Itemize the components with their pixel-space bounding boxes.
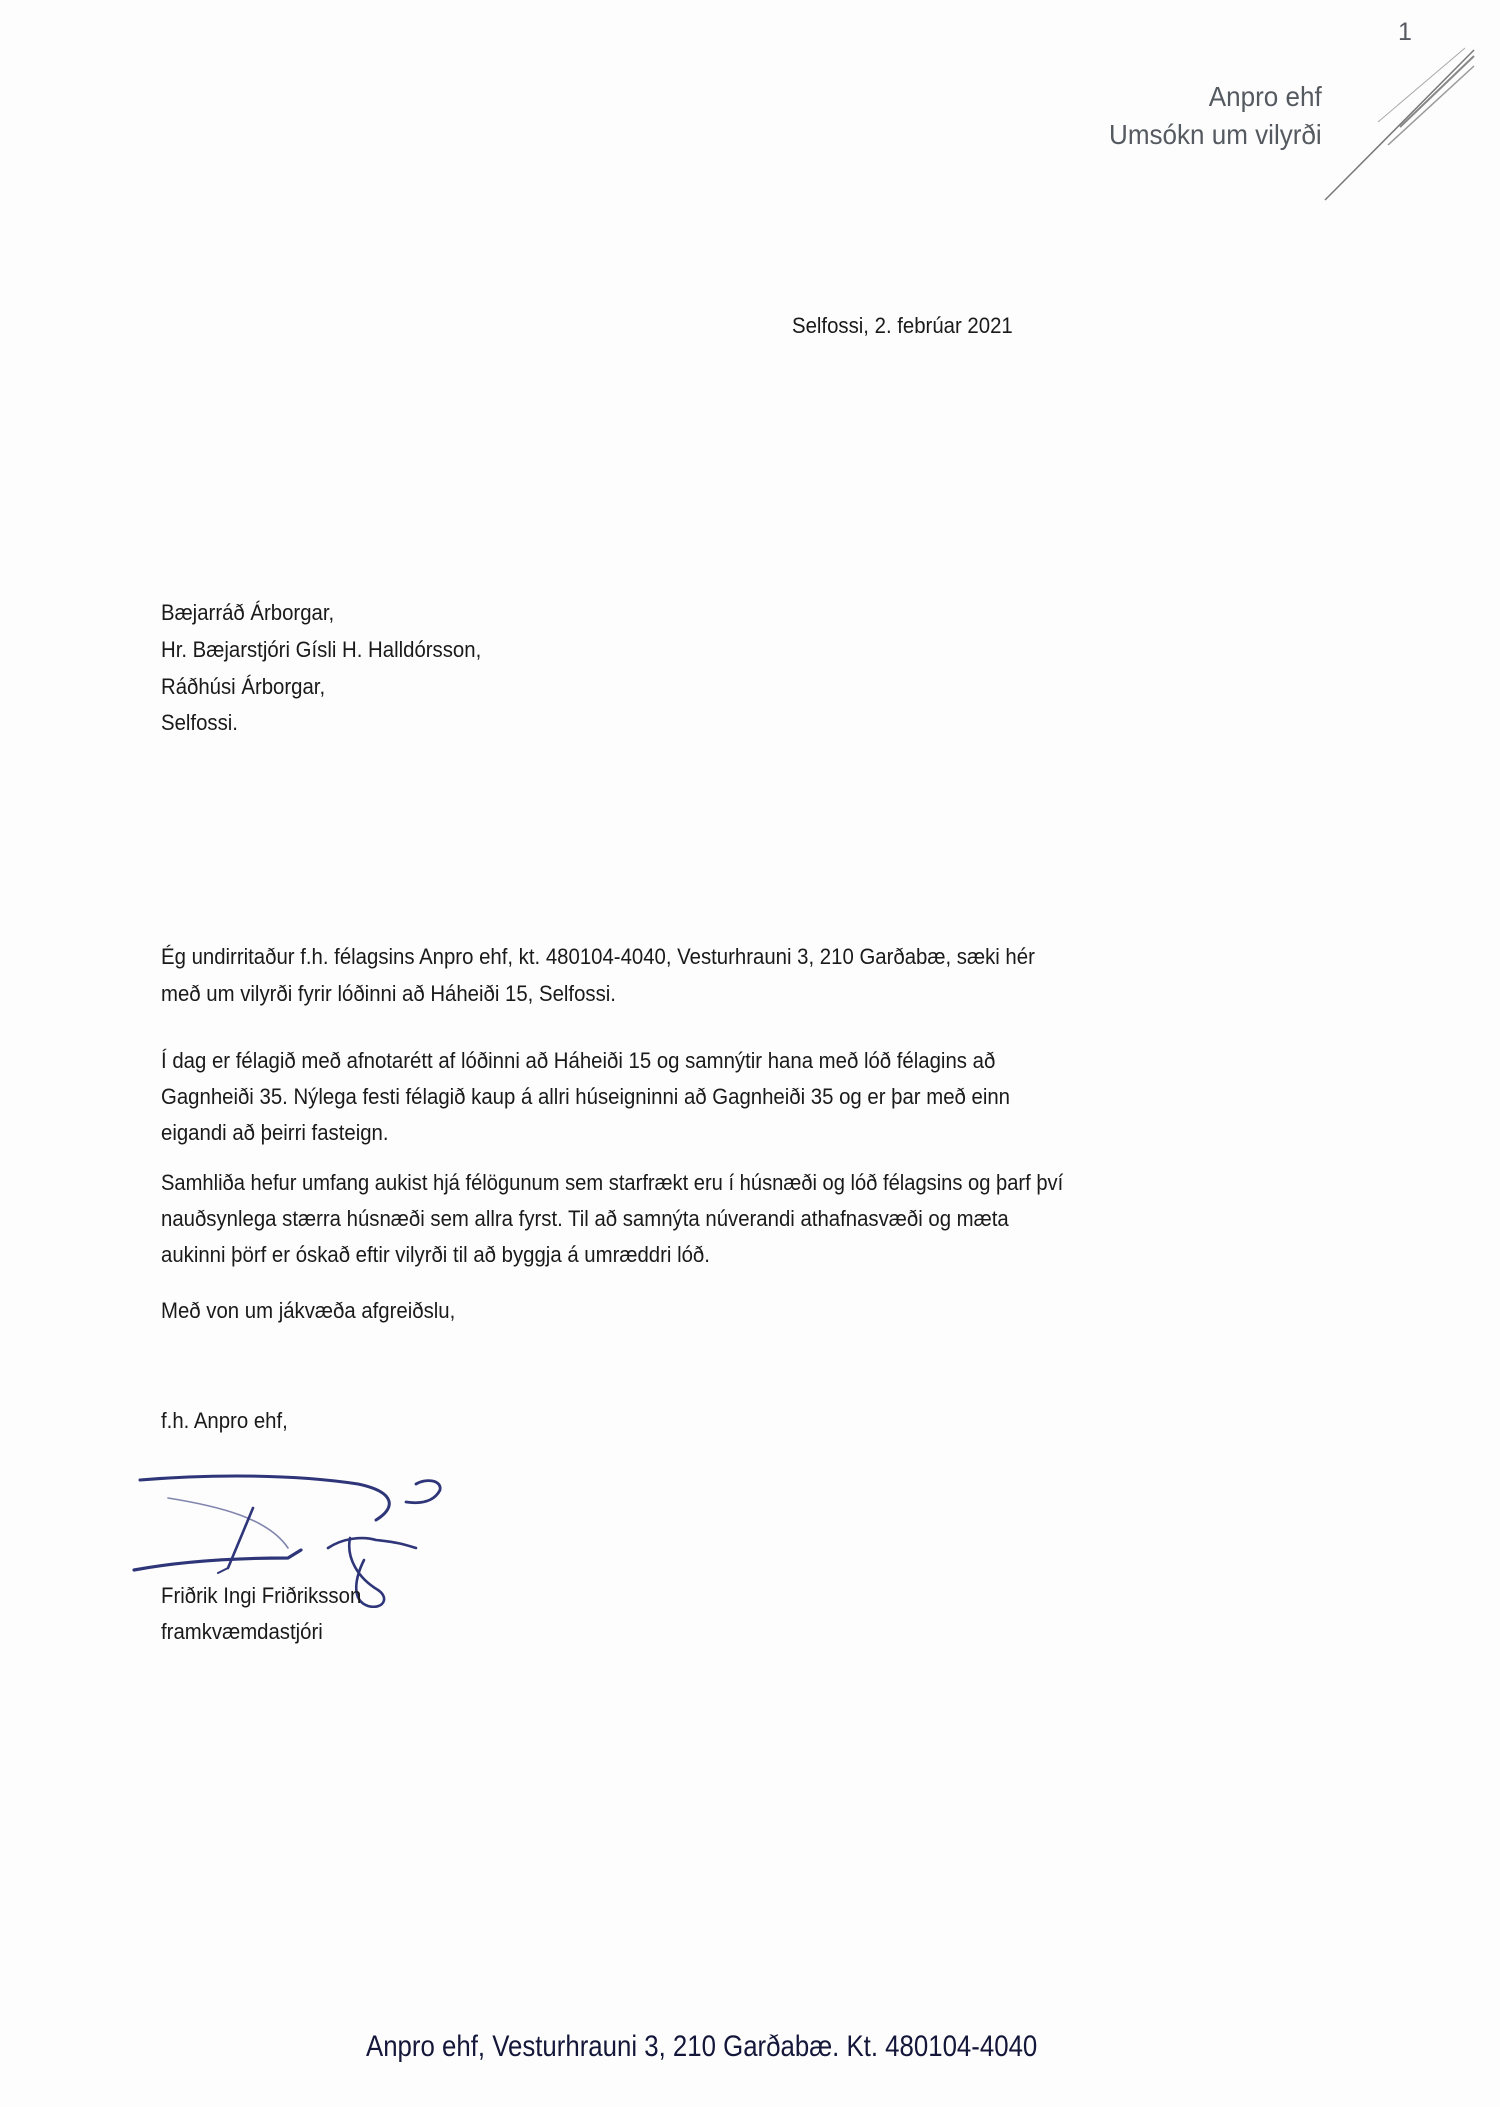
body-line: nauðsynlega stærra húsnæði sem allra fyr… (161, 1206, 1009, 1232)
recipient-line: Bæjarráð Árborgar, (161, 600, 334, 626)
recipient-line: Ráðhúsi Árborgar, (161, 674, 325, 700)
letter-footer: Anpro ehf, Vesturhrauni 3, 210 Garðabæ. … (366, 2030, 1037, 2064)
header-company: Anpro ehf (1109, 78, 1322, 116)
signer-name: Friðrik Ingi Friðriksson (161, 1583, 361, 1609)
letter-date: Selfossi, 2. febrúar 2021 (792, 313, 1013, 339)
letter-header: Anpro ehf Umsókn um vilyrði (1109, 78, 1322, 154)
body-line: Samhliða hefur umfang aukist hjá félögun… (161, 1170, 1063, 1196)
recipient-line: Hr. Bæjarstjóri Gísli H. Halldórsson, (161, 637, 481, 663)
signer-title: framkvæmdastjóri (161, 1619, 323, 1645)
body-line: eigandi að þeirri fasteign. (161, 1120, 389, 1146)
letter-page: 1 Anpro ehf Umsókn um vilyrði Selfossi, … (0, 0, 1500, 2107)
signoff-line: f.h. Anpro ehf, (161, 1408, 288, 1434)
body-line: Ég undirritaður f.h. félagsins Anpro ehf… (161, 944, 1035, 970)
closing-line: Með von um jákvæða afgreiðslu, (161, 1298, 455, 1324)
body-line: með um vilyrði fyrir lóðinni að Háheiði … (161, 981, 616, 1007)
body-line: aukinni þörf er óskað eftir vilyrði til … (161, 1242, 710, 1268)
recipient-line: Selfossi. (161, 710, 238, 736)
header-subject: Umsókn um vilyrði (1109, 116, 1322, 154)
body-line: Í dag er félagið með afnotarétt af lóðin… (161, 1048, 995, 1074)
body-line: Gagnheiði 35. Nýlega festi félagið kaup … (161, 1084, 1010, 1110)
